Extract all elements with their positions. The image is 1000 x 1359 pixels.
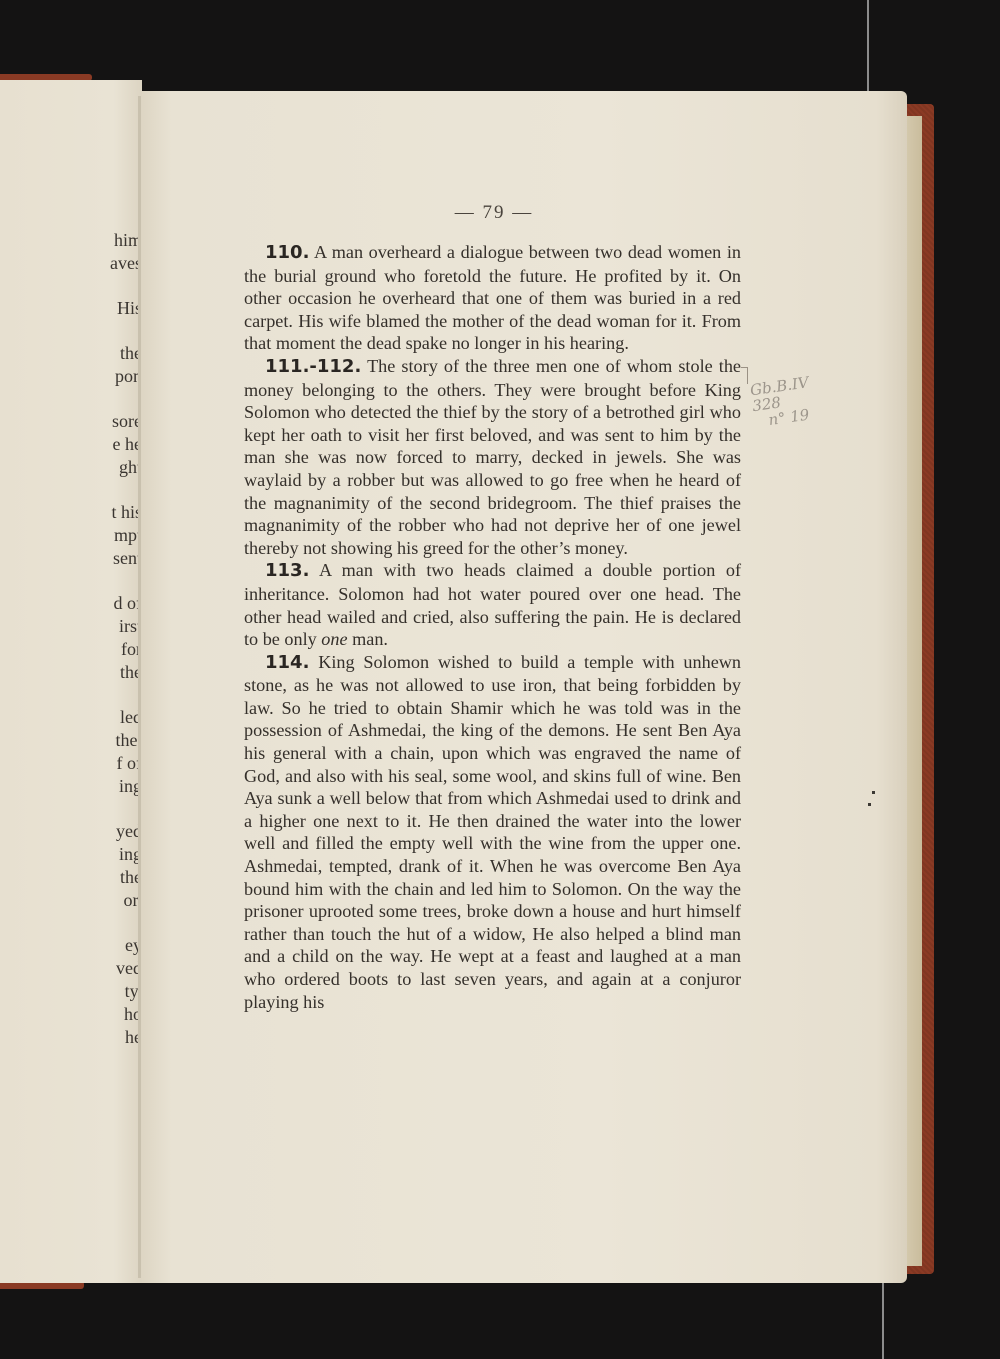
paragraph-text: A man overheard a dialogue between two d… xyxy=(244,242,741,353)
paragraph-number: 111.-112. xyxy=(265,356,361,377)
paragraph-text: The story of the three men one of whom s… xyxy=(244,356,741,558)
paper-speck xyxy=(872,791,875,794)
paragraph-number: 110. xyxy=(265,242,309,263)
left-page: himavesHistheponsoree heghtt hismptsentd… xyxy=(0,80,142,1283)
paragraph-text: King Solomon wished to build a temple wi… xyxy=(244,652,741,1012)
scanner-guide-line-top xyxy=(867,0,869,95)
paragraph-number: 113. xyxy=(265,560,309,581)
paragraph-111-112: 111.-112. The story of the three men one… xyxy=(244,355,741,559)
page-body-text: 110. A man overheard a dialogue between … xyxy=(244,241,741,1013)
paragraph-text-part: man. xyxy=(348,629,388,649)
paragraph-113: 113. A man with two heads claimed a doub… xyxy=(244,559,741,650)
paper-speck xyxy=(868,803,871,806)
paragraph-text: A man with two heads claimed a double po… xyxy=(244,560,741,649)
book-gutter xyxy=(138,96,141,1278)
scanner-guide-line-bottom xyxy=(882,1282,884,1359)
margin-bracket-mark xyxy=(741,367,748,384)
emphasized-word: one xyxy=(321,629,347,649)
paragraph-number: 114. xyxy=(265,652,309,673)
paragraph-110: 110. A man overheard a dialogue between … xyxy=(244,241,741,355)
page-number: — 79 — xyxy=(454,202,534,224)
paragraph-114: 114. King Solomon wished to build a temp… xyxy=(244,651,741,1014)
paragraph-text-part: A man with two heads claimed a double po… xyxy=(244,560,741,649)
